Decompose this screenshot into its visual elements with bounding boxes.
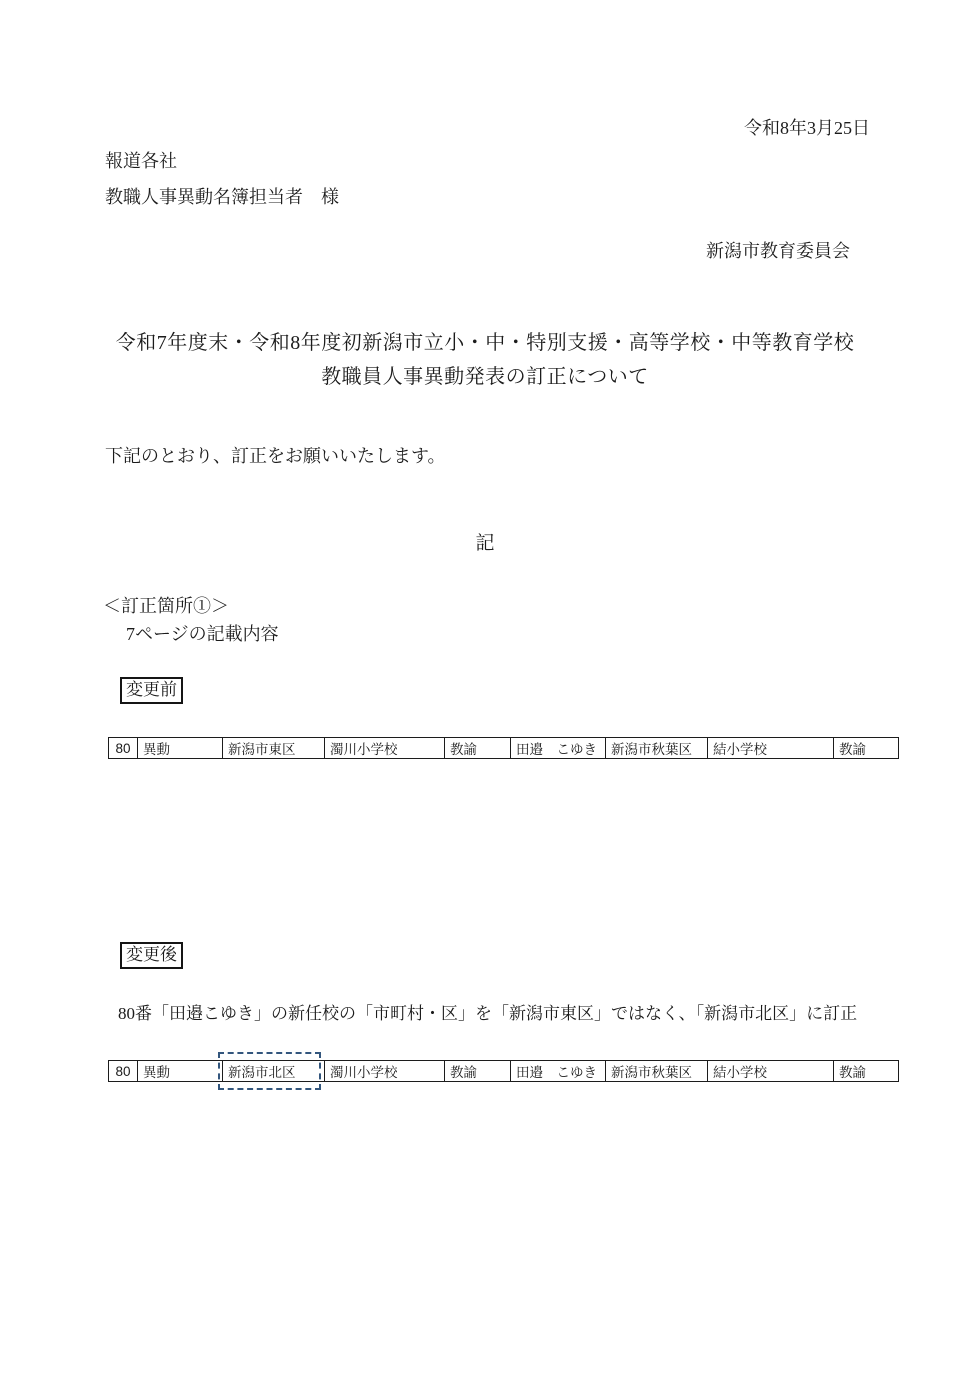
document-title: 令和7年度末・令和8年度初新潟市立小・中・特別支援・高等学校・中等教育学校 教職…: [0, 326, 970, 394]
cell-new-position: 教諭: [445, 738, 511, 759]
document-page: 令和8年3月25日 報道各社 教職人事異動名簿担当者 様 新潟市教育委員会 令和…: [0, 0, 970, 1373]
cell-name: 田邉 こゆき: [511, 738, 606, 759]
cell-new-school: 濁川小学校: [325, 738, 445, 759]
document-date: 令和8年3月25日: [744, 118, 870, 139]
cell-change-type: 異動: [138, 1061, 223, 1082]
after-table-row: 80 異動 新潟市北区 濁川小学校 教諭 田邉 こゆき 新潟市秋葉区 結小学校 …: [109, 1061, 899, 1082]
cell-old-district: 新潟市秋葉区: [606, 738, 708, 759]
after-label: 変更後: [120, 942, 183, 969]
sender-name: 新潟市教育委員会: [706, 241, 850, 262]
correction-location: 7ページの記載内容: [126, 624, 279, 645]
cell-old-school: 結小学校: [708, 1061, 834, 1082]
cell-name: 田邉 こゆき: [511, 1061, 606, 1082]
cell-old-district: 新潟市秋葉区: [606, 1061, 708, 1082]
correction-section-heading: ＜訂正箇所①＞: [103, 596, 229, 617]
recipient-line-1: 報道各社: [105, 151, 177, 172]
cell-new-district: 新潟市東区: [223, 738, 325, 759]
cell-new-position: 教諭: [445, 1061, 511, 1082]
cell-new-school: 濁川小学校: [325, 1061, 445, 1082]
correction-note: 80番「田邉こゆき」の新任校の「市町村・区」を「新潟市東区」ではなく、「新潟市北…: [118, 1004, 857, 1024]
document-title-line-2: 教職員人事異動発表の訂正について: [0, 360, 970, 394]
after-table: 80 異動 新潟市北区 濁川小学校 教諭 田邉 こゆき 新潟市秋葉区 結小学校 …: [108, 1060, 899, 1082]
cell-number: 80: [109, 1061, 138, 1082]
recipient-line-2: 教職人事異動名簿担当者 様: [105, 187, 339, 208]
cell-new-district-corrected: 新潟市北区: [223, 1061, 325, 1082]
after-label-wrap: 変更後: [120, 942, 183, 969]
intro-sentence: 下記のとおり、訂正をお願いいたします。: [105, 446, 446, 467]
cell-old-position: 教諭: [834, 1061, 899, 1082]
before-table-row: 80 異動 新潟市東区 濁川小学校 教諭 田邉 こゆき 新潟市秋葉区 結小学校 …: [109, 738, 899, 759]
cell-number: 80: [109, 738, 138, 759]
before-label: 変更前: [120, 677, 183, 704]
record-mark: 記: [0, 533, 970, 555]
document-title-line-1: 令和7年度末・令和8年度初新潟市立小・中・特別支援・高等学校・中等教育学校: [0, 326, 970, 360]
cell-change-type: 異動: [138, 738, 223, 759]
cell-old-school: 結小学校: [708, 738, 834, 759]
before-table: 80 異動 新潟市東区 濁川小学校 教諭 田邉 こゆき 新潟市秋葉区 結小学校 …: [108, 737, 899, 759]
before-label-wrap: 変更前: [120, 677, 183, 704]
cell-old-position: 教諭: [834, 738, 899, 759]
